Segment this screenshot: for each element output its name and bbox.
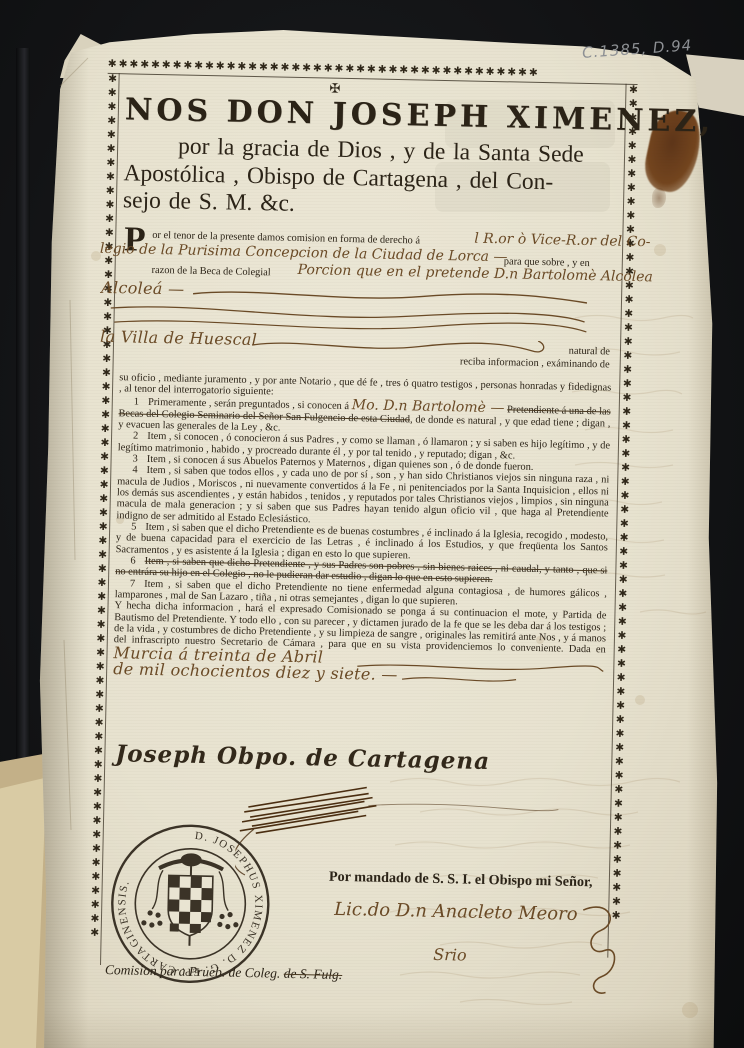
- caption-text: Comision para Prueb. de Coleg.: [105, 962, 284, 981]
- intro-hand-alcolea: Alcoleá —: [101, 280, 184, 296]
- title-subtitle: por la gracia de Dios , y de la Santa Se…: [123, 132, 617, 225]
- form-content: ✠ NOS DON JOSEPH XIMENEZ, por la gracia …: [107, 76, 618, 998]
- item-number: 2: [133, 431, 147, 442]
- intro-hand-villa: la Villa de Huescal: [100, 329, 257, 346]
- secretary-signature: Lic.do D.n Anacleto Meoro: [332, 899, 621, 1000]
- intro-print-natural: natural de: [569, 345, 610, 357]
- interrogatory-item-4: 4Item , si saben que todos ellos , y cad…: [116, 464, 609, 531]
- item-number: 4: [132, 465, 146, 476]
- archival-reference-pencil: C.1385, D.94: [582, 36, 693, 62]
- item-number: 5: [131, 521, 145, 532]
- item-number: 7: [130, 578, 144, 589]
- interrogatory: su oficio , mediante juramento , y por a…: [113, 372, 611, 689]
- item-number: 3: [132, 453, 146, 464]
- signature-rubric: [574, 904, 622, 1000]
- printed-form: ✱✱✱✱✱✱✱✱✱✱✱✱✱✱✱✱✱✱✱✱✱✱✱✱✱✱✱✱✱✱✱✱✱✱✱✱✱✱✱✱…: [92, 58, 634, 1007]
- item-text: Item , si saben que todos ellos , y cada…: [116, 465, 609, 525]
- item-number: 1: [134, 397, 148, 408]
- intro-print-line3: razon de la Beca de Colegial: [151, 264, 270, 278]
- item-number: 6: [130, 555, 144, 566]
- album-binding-edge: [16, 48, 30, 808]
- archive-photo: { "archival_ref": "C.1385, D.94", "ornam…: [0, 0, 744, 1048]
- intro-hand-line3: Porcion que en el pretende D.n Bartolomè…: [297, 263, 653, 282]
- seal-coat-of-arms: [141, 853, 240, 947]
- intro-print-reciba: reciba informacion , exáminando de: [460, 356, 610, 371]
- intro-hand-line1: l R.or ò Vice-R.or del Co-: [474, 232, 650, 248]
- commission-intro: P or el tenor de la presente damos comis…: [119, 224, 614, 382]
- secretary-title: Srio: [433, 945, 467, 965]
- flourish-villa: [250, 334, 550, 358]
- bishop-signature: Joseph Obpo. de Cartagena: [115, 740, 490, 775]
- closing-paragraph: Y hecha dicha informacion , hará el expr…: [113, 601, 606, 672]
- secretary-name: Lic.do D.n Anacleto Meoro: [334, 899, 578, 925]
- intro-hand-line2: legio de la Purisima Concepcion de la Ci…: [100, 242, 508, 263]
